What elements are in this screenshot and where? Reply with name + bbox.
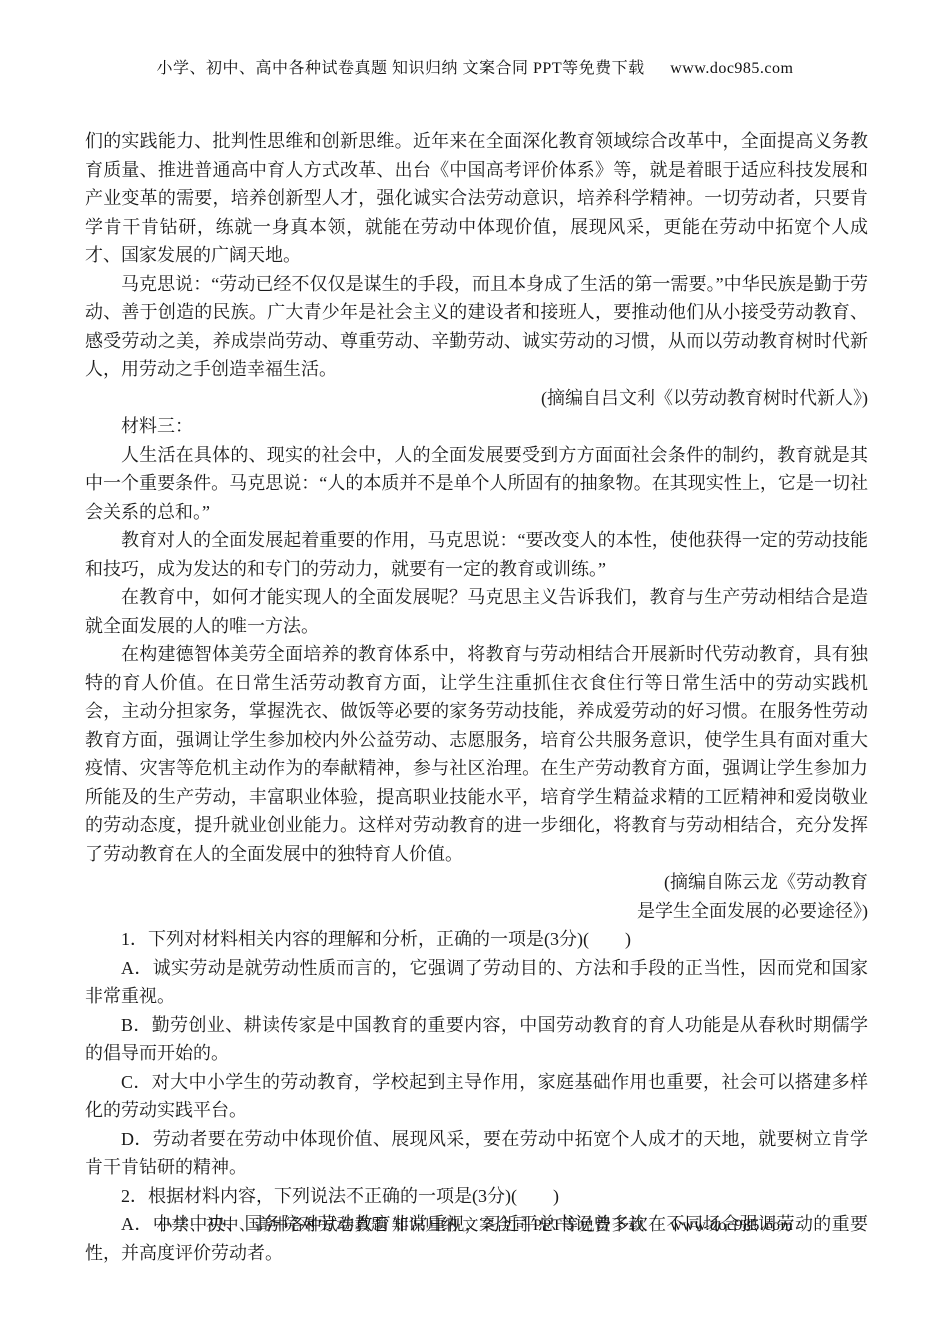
header-note-text: 小学、初中、高中各种试卷真题 知识归纳 文案合同 PPT等免费下载	[157, 60, 645, 77]
footer-site-url: www.doc985.com	[670, 1217, 793, 1234]
paragraph-marx-quote-labor: 马克思说：“劳动已经不仅仅是谋生的手段，而且本身成了生活的第一需要。”中华民族是…	[85, 270, 868, 384]
document-body: 们的实践能力、批判性思维和创新思维。近年来在全面深化教育领域综合改革中，全面提高…	[85, 127, 868, 1267]
paragraph-education-role: 教育对人的全面发展起着重要的作用，马克思说：“要改变人的本性，使他获得一定的劳动…	[85, 526, 868, 583]
question-1-option-a: A．诚实劳动是就劳动性质而言的，它强调了劳动目的、方法和手段的正当性，因而党和国…	[85, 954, 868, 1011]
citation-lvwenli: (摘编自吕文利《以劳动教育树时代新人》)	[85, 384, 868, 413]
question-1-option-c: C．对大中小学生的劳动教育，学校起到主导作用，家庭基础作用也重要，社会可以搭建多…	[85, 1068, 868, 1125]
citation-chenyunlong-line2: 是学生全面发展的必要途径》)	[85, 897, 868, 926]
paragraph-full-development-method: 在教育中，如何才能实现人的全面发展呢？马克思主义告诉我们，教育与生产劳动相结合是…	[85, 583, 868, 640]
header-site-url: www.doc985.com	[670, 60, 793, 77]
citation-chenyunlong-line1: (摘编自陈云龙《劳动教育	[85, 868, 868, 897]
material-3-heading: 材料三：	[85, 412, 868, 441]
document-page: 小学、初中、高中各种试卷真题 知识归纳 文案合同 PPT等免费下载www.doc…	[0, 0, 950, 1344]
page-header: 小学、初中、高中各种试卷真题 知识归纳 文案合同 PPT等免费下载www.doc…	[0, 55, 950, 78]
page-footer: 小学、初中、高中各种试卷真题 知识归纳 文案合同 PPT等免费下载www.doc…	[0, 1212, 950, 1235]
paragraph-material2-continued: 们的实践能力、批判性思维和创新思维。近年来在全面深化教育领域综合改革中，全面提高…	[85, 127, 868, 270]
question-1: 1．下列对材料相关内容的理解和分析，正确的一项是(3分)( )	[85, 925, 868, 954]
paragraph-labor-education-system: 在构建德智体美劳全面培养的教育体系中，将教育与劳动相结合开展新时代劳动教育，具有…	[85, 640, 868, 868]
footer-note-text: 小学、初中、高中各种试卷真题 知识归纳 文案合同 PPT等免费下载	[157, 1217, 645, 1234]
paragraph-social-conditions: 人生活在具体的、现实的社会中，人的全面发展要受到方方面面社会条件的制约，教育就是…	[85, 441, 868, 527]
question-1-option-b: B．勤劳创业、耕读传家是中国教育的重要内容，中国劳动教育的育人功能是从春秋时期儒…	[85, 1011, 868, 1068]
question-1-option-d: D．劳动者要在劳动中体现价值、展现风采，要在劳动中拓宽个人成才的天地，就要树立肯…	[85, 1125, 868, 1182]
question-2: 2．根据材料内容，下列说法不正确的一项是(3分)( )	[85, 1182, 868, 1211]
